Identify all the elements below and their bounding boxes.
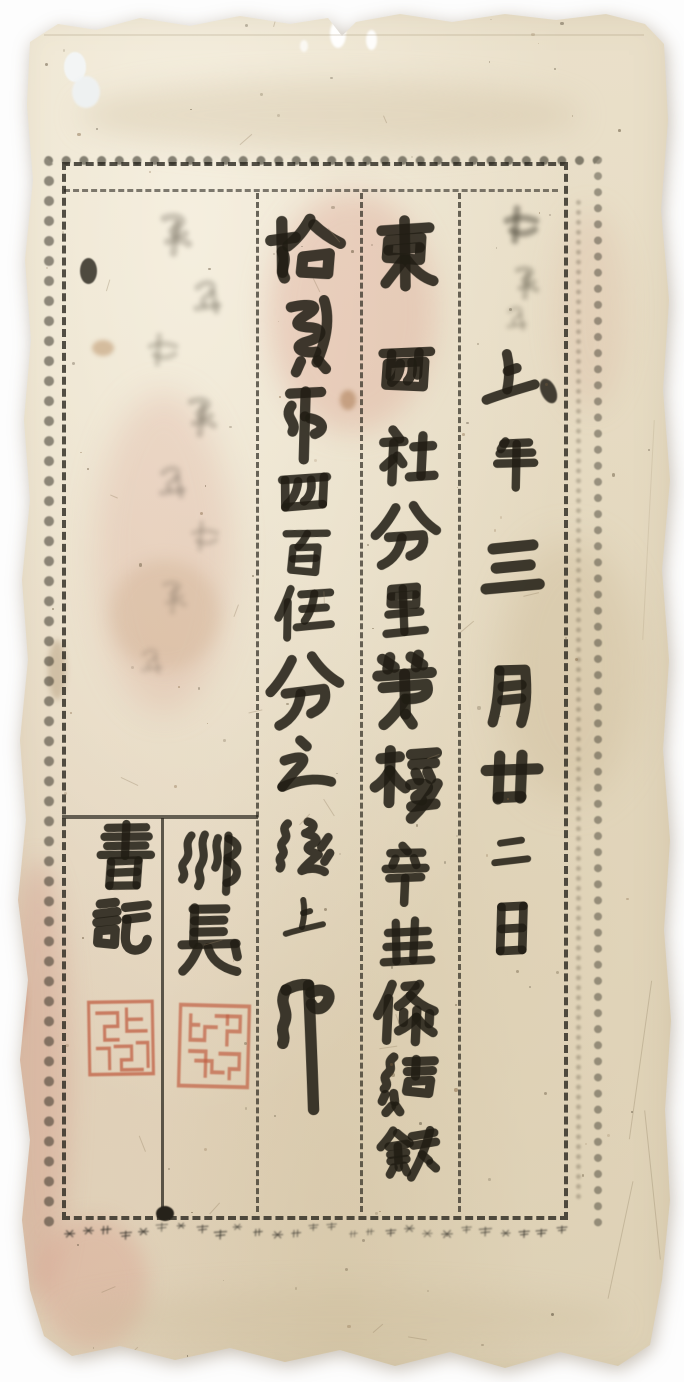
calligraphy-glyph	[168, 899, 253, 984]
paper-speck	[77, 1244, 78, 1245]
calligraphy-glyph	[260, 730, 345, 815]
seal-edge-fragment	[0, 956, 24, 1052]
paper-speck	[229, 426, 232, 429]
paper-speck	[379, 1211, 380, 1212]
paper-speck	[477, 343, 479, 345]
paper-speck	[391, 966, 393, 968]
paper-speck	[93, 1347, 94, 1348]
calligraphy-glyph	[476, 661, 546, 731]
paper-speck	[371, 244, 373, 246]
paper-speck	[330, 77, 332, 79]
imprint-character	[347, 1230, 360, 1243]
paper-speck	[549, 214, 550, 215]
paper-speck	[531, 33, 534, 36]
calligraphy-glyph	[172, 824, 249, 901]
paper-speck	[260, 93, 262, 95]
paper-speck	[551, 1313, 554, 1316]
paper-speck	[345, 1268, 348, 1271]
paper-speck	[187, 1355, 188, 1356]
calligraphy-glyph	[372, 581, 438, 647]
paper-speck	[375, 1212, 377, 1214]
paper-fiber	[408, 1337, 427, 1341]
imprint-character	[384, 1228, 398, 1242]
ghost-character	[176, 392, 230, 446]
paper-speck	[149, 171, 151, 173]
stain	[60, 1290, 620, 1350]
calligraphy-glyph	[474, 534, 549, 609]
paper-speck	[466, 422, 468, 424]
imprint-character	[98, 1225, 114, 1241]
calligraphy-glyph	[258, 381, 346, 469]
paper-speck	[45, 63, 48, 66]
ghost-character	[148, 458, 198, 508]
official-title-shuji: 書記	[0, 0, 1, 1]
imprint-character	[118, 1230, 134, 1246]
paper-sheet: 上年三月廿二日 東西社分里第穆辛丑條結錢 拾貳吊四百伍分之緣上卯 鄉長 書記	[0, 0, 684, 1382]
paper-speck	[174, 785, 177, 788]
paper-speck	[462, 433, 465, 436]
paper-speck	[287, 638, 289, 640]
paper-speck	[560, 22, 564, 26]
calligraphy-glyph	[374, 1124, 443, 1193]
paper-speck	[347, 1325, 351, 1329]
paper-speck	[403, 988, 404, 989]
calligraphy-glyph	[364, 213, 447, 296]
imprint-character	[270, 1230, 285, 1245]
calligraphy-glyph	[474, 345, 543, 414]
paper-speck	[252, 575, 254, 577]
paper-speck	[65, 1044, 69, 1048]
imprint-character	[402, 1224, 417, 1239]
paper-speck	[490, 19, 492, 21]
paper-speck	[295, 1287, 297, 1289]
calligraphy-glyph	[485, 435, 542, 492]
calligraphy-glyph	[370, 841, 439, 910]
paper-speck	[631, 1111, 633, 1113]
imprint-character	[231, 1223, 244, 1236]
paper-speck	[419, 1122, 422, 1125]
calligraphy-glyph	[370, 976, 445, 1051]
stain	[0, 968, 24, 1038]
paper-speck	[455, 1004, 456, 1005]
imprint-character	[420, 1229, 435, 1244]
imprint-character	[62, 1229, 77, 1244]
ghost-character	[132, 642, 172, 682]
paper-speck	[362, 1239, 365, 1242]
paper-speck	[454, 1088, 457, 1091]
calligraphy-glyph	[80, 894, 164, 978]
calligraphy-glyph	[255, 209, 350, 304]
paper-speck	[331, 206, 334, 209]
paper-speck	[245, 24, 248, 27]
stain	[80, 80, 580, 150]
paper-hole	[366, 30, 377, 50]
paper-fiber	[372, 1324, 383, 1334]
imprint-character	[439, 1229, 455, 1245]
paper-speck	[529, 986, 531, 988]
crease-line	[629, 981, 652, 1140]
calligraphy-glyph	[370, 342, 442, 414]
paper-speck	[538, 43, 540, 45]
paper-speck	[63, 49, 65, 51]
paper-speck	[411, 156, 413, 158]
calligraphy-glyph	[371, 1050, 444, 1123]
paper-speck	[87, 468, 89, 470]
calligraphy-glyph	[364, 745, 450, 831]
paper-speck	[277, 114, 280, 117]
paper-speck	[488, 1178, 491, 1181]
paper-speck	[223, 739, 226, 742]
calligraphy-glyph	[362, 651, 448, 737]
calligraphy-glyph	[273, 583, 340, 650]
paper-speck	[486, 854, 489, 857]
paper-speck	[77, 133, 81, 137]
imprint-character	[364, 1228, 376, 1240]
imprint-character	[81, 1226, 96, 1241]
ghost-character	[182, 272, 234, 324]
paper-fiber	[101, 1286, 115, 1293]
paper-hole	[330, 20, 346, 48]
paper-hole	[72, 76, 100, 108]
calligraphy-glyph	[368, 420, 444, 496]
imprint-character	[517, 1229, 531, 1243]
calligraphy-glyph	[258, 294, 350, 386]
paper-fiber	[240, 134, 253, 145]
paper-speck	[244, 1042, 247, 1045]
paper-speck	[62, 231, 64, 233]
crease-line	[642, 420, 655, 640]
paper-speck	[444, 861, 446, 863]
paper-speck	[607, 1134, 610, 1137]
ghost-character	[140, 330, 188, 378]
imprint-character	[307, 1223, 320, 1236]
paper-speck	[456, 835, 458, 837]
ghost-character	[184, 518, 228, 562]
ghost-character	[152, 576, 198, 622]
column-divider	[458, 193, 461, 1212]
paper-speck	[612, 473, 615, 476]
paper-speck	[565, 637, 567, 639]
paper-speck	[139, 563, 142, 566]
calligraphy-glyph	[261, 647, 346, 732]
paper-speck	[499, 716, 500, 717]
calligraphy-glyph	[484, 900, 542, 958]
paper-speck	[554, 68, 557, 71]
imprint-character	[136, 1227, 151, 1242]
imprint-character	[154, 1222, 170, 1238]
border-smudge	[576, 200, 581, 1200]
paper-speck	[96, 128, 98, 130]
imprint-character	[460, 1225, 473, 1238]
crease-line	[608, 1181, 634, 1299]
imprint-character	[555, 1225, 569, 1239]
official-title-xiangzhang: 鄉長	[0, 0, 1, 1]
imprint-character	[289, 1229, 303, 1243]
calligraphy-glyph	[367, 497, 444, 574]
calligraphy-glyph	[375, 914, 440, 979]
paper-fiber	[133, 1346, 139, 1351]
paper-speck	[572, 115, 574, 117]
paper-speck	[544, 1092, 547, 1095]
paper-speck	[391, 1073, 395, 1077]
ghost-character	[495, 202, 550, 257]
paper-wrap: 上年三月廿二日 東西社分里第穆辛丑條結錢 拾貳吊四百伍分之緣上卯 鄉長 書記	[0, 0, 684, 1382]
ghost-character	[148, 208, 206, 266]
amount-column-text: 拾貳吊四百伍分之緣上卯	[0, 0, 1, 1]
ink-blot	[80, 258, 97, 284]
imprint-character	[212, 1229, 229, 1246]
paper-speck	[52, 608, 54, 610]
imprint-character	[251, 1228, 265, 1242]
paper-speck	[286, 703, 289, 706]
paper-speck	[31, 26, 33, 28]
paper-speck	[367, 544, 369, 546]
paper-speck	[223, 1280, 224, 1281]
calligraphy-glyph	[254, 970, 353, 1069]
imprint-character	[534, 1228, 549, 1243]
paper-speck	[507, 798, 509, 800]
paper-speck	[372, 628, 373, 629]
calligraphy-glyph	[85, 816, 164, 895]
imprint-character	[175, 1222, 187, 1234]
calligraphy-glyph	[278, 894, 329, 945]
paper-speck	[481, 1344, 483, 1346]
paper-fiber	[273, 20, 276, 27]
date-column-text: 上年三月廿二日	[0, 0, 1, 1]
calligraphy-glyph	[473, 745, 549, 821]
paper-speck	[423, 521, 426, 524]
seal-xiangzhang	[173, 998, 255, 1094]
paper-fiber	[383, 115, 387, 123]
paper-speck	[496, 247, 497, 248]
printed-border-topline	[64, 189, 558, 192]
calligraphy-glyph	[271, 815, 344, 888]
paper-speck	[648, 449, 650, 451]
imprint-character	[499, 1229, 512, 1242]
imprint-character	[325, 1222, 338, 1235]
calligraphy-glyph	[272, 525, 337, 590]
crease-line	[644, 1110, 661, 1259]
paper-speck	[618, 129, 621, 132]
imprint-character	[195, 1224, 210, 1239]
paper-speck	[324, 908, 327, 911]
body-column-text: 東西社分里第穆辛丑條結錢	[0, 0, 1, 1]
ghost-character	[498, 300, 536, 338]
photo-background: 上年三月廿二日 東西社分里第穆辛丑條結錢 拾貳吊四百伍分之緣上卯 鄉長 書記	[0, 0, 684, 1382]
paper-speck	[477, 706, 480, 709]
paper-speck	[274, 1115, 276, 1117]
paper-speck	[626, 898, 629, 901]
paper-hole	[300, 40, 308, 52]
ink-blot	[156, 1206, 174, 1221]
paper-speck	[279, 396, 281, 398]
paper-speck	[200, 512, 203, 515]
seal-shuji	[83, 995, 158, 1080]
calligraphy-glyph	[486, 829, 534, 877]
paper-speck	[416, 824, 419, 827]
paper-hole	[64, 52, 86, 82]
paper-speck	[489, 61, 490, 62]
paper-speck	[351, 250, 354, 253]
paper-speck	[427, 1290, 429, 1292]
imprint-character	[477, 1226, 494, 1243]
crease-line	[44, 34, 644, 36]
paper-speck	[190, 109, 192, 111]
